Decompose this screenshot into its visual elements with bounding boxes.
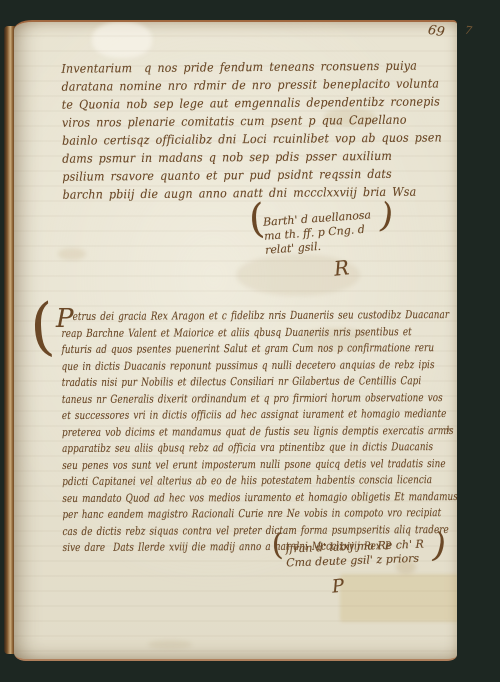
entry-1-text: Inventarium q nos pride fendum teneans r… <box>61 56 457 203</box>
manuscript-line: reap Barchne Valent et Maiorice et aliis… <box>61 324 381 342</box>
corner-lift-highlight <box>92 22 152 58</box>
signature-bracket: ( <box>271 539 283 553</box>
manuscript-line: etrus dei gracia Rex Aragon et c fidelib… <box>61 307 381 325</box>
manuscript-line: taneus nr Generalis dixerit ordinandum e… <box>62 390 382 408</box>
manuscript-line: preterea vob dicims et mandamus quat de … <box>62 423 382 441</box>
manuscript-line: pdicti Capitanei vel alterius ab eo de h… <box>62 472 382 490</box>
stain <box>148 640 192 649</box>
manuscript-line: tradatis nisi pur Nobilis et dilectus Co… <box>62 373 382 391</box>
initial-bracket: ( <box>27 289 56 364</box>
manuscript-line: per hanc eandem magistro Racionali Curie… <box>62 505 382 523</box>
page-edges-stack: 7 <box>455 16 500 656</box>
folio-number: 69 <box>427 23 446 40</box>
manuscript-line: futuris ad quos psentes puenerint Salut … <box>62 340 382 358</box>
stain <box>58 248 86 260</box>
offset-stain-patch <box>340 574 457 622</box>
margin-cross-mark: + <box>444 424 452 435</box>
manuscript-line: barchn pbiij die augn anno anatt dni mcc… <box>62 183 426 204</box>
manuscript-line: et successores vri in dictis officiis ad… <box>62 406 382 424</box>
paraph-flourish: R <box>333 255 350 280</box>
open-book: 7 69 Inventarium q nos pride fendum tene… <box>0 0 500 682</box>
signature-flourish: ) <box>431 538 447 554</box>
paraph-flourish: P <box>331 575 345 597</box>
entry-2-text: etrus dei gracia Rex Aragon et c fidelib… <box>61 307 457 557</box>
manuscript-leaf: 69 Inventarium q nos pride fendum tenean… <box>14 20 457 661</box>
signature-bracket: ( <box>248 212 265 227</box>
manuscript-line: cas de dictis rebz siquas contra vel pre… <box>62 522 382 540</box>
manuscript-photo: { "page": { "folio_number": "69", "edge_… <box>0 0 500 682</box>
edge-catch-mark: 7 <box>464 24 473 38</box>
manuscript-line: seu mandato Quod ad hec vos medios iuram… <box>62 489 382 507</box>
manuscript-line: seu penes vos sunt vel erunt imposterum … <box>62 456 382 474</box>
manuscript-line: que in dictis Duacanis reponunt pussimus… <box>62 357 382 375</box>
manuscript-line: apparatibz seu aliis qbusq rebz ad offic… <box>62 439 382 457</box>
chancery-note-2: ( ) ffran d' labij ma Re ch' R Cma deute… <box>286 538 425 571</box>
chancery-note-1: ( ) Barth' d auellanosa ma th. ff. p Cng… <box>263 208 374 257</box>
signature-flourish: ) <box>379 208 394 224</box>
